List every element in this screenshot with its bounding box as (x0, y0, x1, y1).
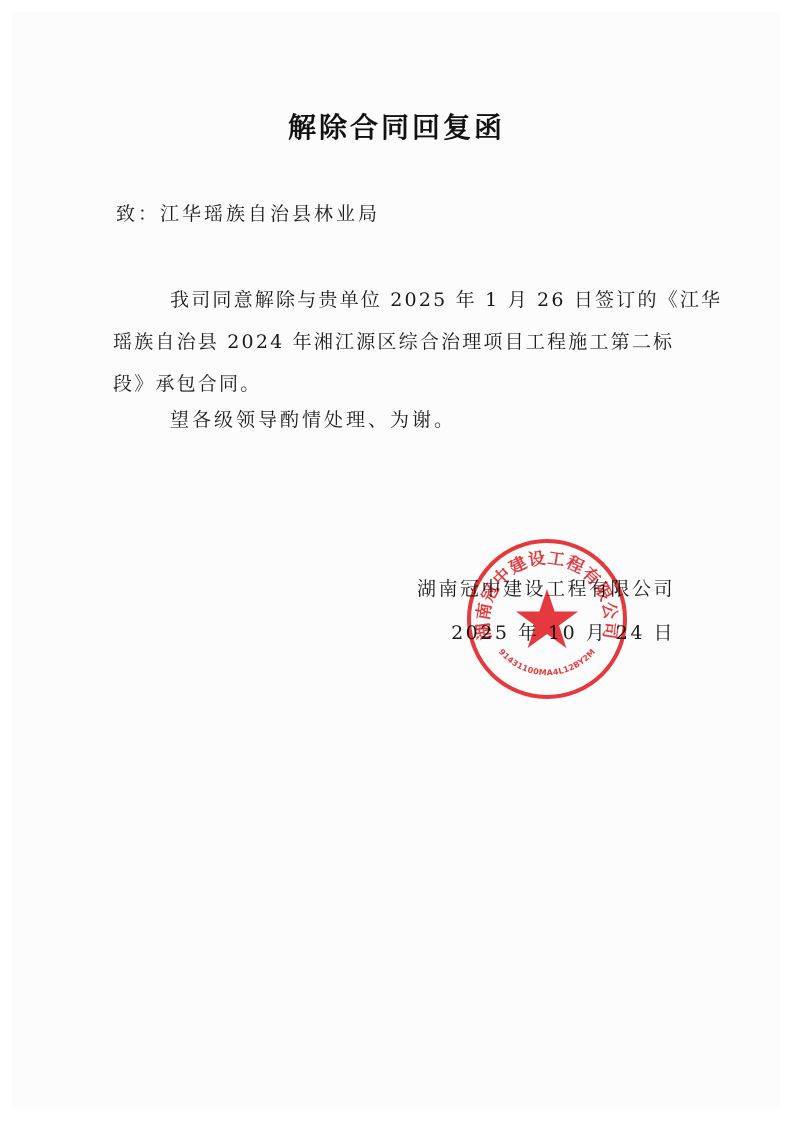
closing-remark: 望各级领导酌情处理、为谢。 (113, 405, 456, 432)
document-title: 解除合同回复函 (0, 106, 793, 146)
document-page (12, 12, 780, 1110)
svg-text:91431100MA4L12BY2M: 91431100MA4L12BY2M (497, 647, 597, 677)
body-paragraph: 我司同意解除与贵单位 2025 年 1 月 26 日签订的《江华 瑶族自治县 2… (113, 279, 688, 405)
company-seal-icon: 湖南冠中建设工程有限公司 91431100MA4L12BY2M (465, 537, 629, 701)
addressee: 致：江华瑶族自治县林业局 (116, 199, 380, 226)
body-line: 瑶族自治县 2024 年湘江源区综合治理项目工程施工第二标 (113, 321, 688, 363)
body-line: 我司同意解除与贵单位 2025 年 1 月 26 日签订的《江华 (113, 279, 688, 321)
body-line: 段》承包合同。 (113, 363, 688, 405)
star-icon (516, 589, 578, 648)
